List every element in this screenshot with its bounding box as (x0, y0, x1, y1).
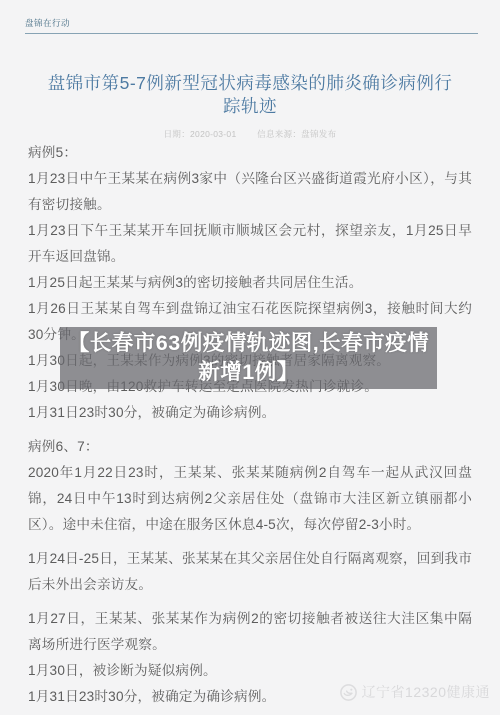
article-paragraph: 1月23日中午王某某在病例3家中（兴隆台区兴盛街道霞光府小区），与其有密切接触。 (28, 166, 472, 218)
article: 病例5：1月23日中午王某某在病例3家中（兴隆台区兴盛街道霞光府小区），与其有密… (28, 140, 472, 710)
article-paragraph: 1月23日下午王某某开车回抚顺市顺城区会元村，探望亲友，1月25日早开车返回盘锦… (28, 218, 472, 270)
site-tag-link[interactable]: 盘锦在行动 (25, 17, 70, 33)
header-divider: 盘锦在行动 (25, 0, 478, 34)
article-paragraph: 1月31日23时30分，被确定为确诊病例。 (28, 400, 472, 426)
image-caption-overlay: 【长春市63例疫情轨迹图,长春市疫情 新增1例】 (60, 327, 437, 389)
publish-date: 日期：2020-03-01 (164, 129, 237, 139)
article-paragraph: 1月30日，被诊断为疑似病例。 (28, 658, 472, 684)
overlay-caption-line-1: 【长春市63例疫情轨迹图,长春市疫情 (68, 329, 429, 358)
article-paragraph: 1月24日-25日，王某某、张某某在其父亲居住处自行隔离观察，回到我市后未外出会… (28, 546, 472, 598)
article-paragraph: 1月25日起王某某与病例3的密切接触者共同居住生活。 (28, 270, 472, 296)
liaoning-12320-logo-icon (339, 683, 358, 702)
case-heading: 病例5： (28, 140, 472, 166)
case-heading: 病例6、7： (28, 434, 472, 460)
article-paragraph: 2020年1月22日23时，王某某、张某某随病例2自驾车一起从武汉回盘锦，24日… (28, 460, 472, 538)
info-source: 信息来源：盘锦发布 (257, 129, 336, 139)
overlay-caption-line-2: 新增1例】 (198, 358, 298, 387)
article-meta: 日期：2020-03-01 信息来源：盘锦发布 (0, 128, 500, 140)
page-title: 盘锦市第5-7例新型冠状病毒感染的肺炎确诊病例行踪轨迹 (40, 72, 460, 118)
article-paragraph: 1月27日，王某某、张某某作为病例2的密切接触者被送往大洼区集中隔离场所进行医学… (28, 606, 472, 658)
watermark-text: 辽宁省12320健康通 (362, 682, 490, 702)
health-watermark: 辽宁省12320健康通 (339, 682, 490, 702)
